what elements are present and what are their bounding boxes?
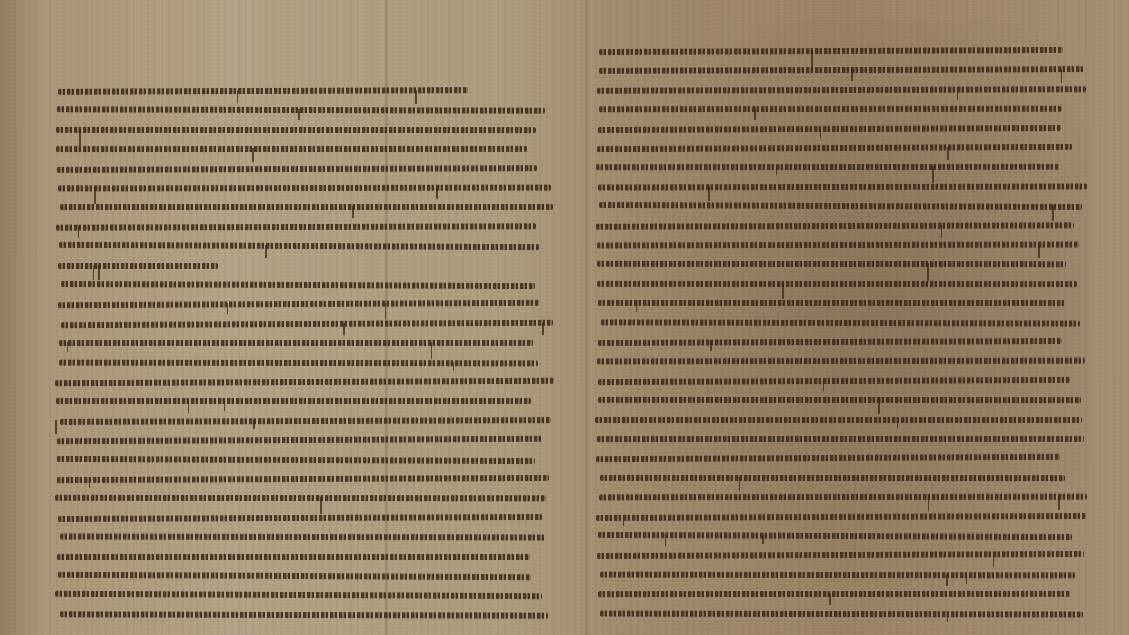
ink-descender [1052,205,1054,221]
ink-descender [253,420,255,429]
script-line [55,495,546,502]
ink-descender [947,613,949,622]
script-line [58,263,218,269]
script-line [59,359,538,366]
papyrus-sheet-join [585,0,588,635]
ink-descender [946,574,948,587]
ink-descender [823,380,825,391]
script-line [597,436,1084,442]
script-line [57,107,545,114]
ink-descender [78,226,80,238]
ink-descender [820,128,822,139]
ink-descender [932,166,934,183]
ink-descender [776,166,778,174]
ink-descender [352,206,354,218]
ink-descender [98,265,100,281]
script-line [600,610,1083,617]
ink-descender [93,265,95,280]
ink-descender [966,574,968,585]
script-line [58,300,539,308]
ink-descender [542,323,544,336]
ink-descender [754,108,756,120]
script-line [596,164,1059,170]
ink-descender [739,477,741,491]
ink-descender [453,362,455,372]
ink-descender [708,186,710,201]
ink-descender [431,342,433,359]
script-line [56,127,536,133]
script-line [58,572,531,580]
script-line [597,281,1077,287]
script-line [56,146,527,152]
script-line [55,378,554,387]
ink-descender [237,90,239,103]
ink-descender [252,148,254,162]
ink-descender [623,516,625,527]
script-line [58,87,468,95]
script-line [598,591,1070,597]
script-line [600,571,1075,578]
ink-descender [811,50,813,68]
ink-descender [224,400,226,410]
script-line [57,165,537,173]
script-line [56,398,531,404]
script-line [61,320,553,329]
script-line [56,223,536,230]
ink-descender [265,245,267,258]
script-line [57,456,535,464]
ink-descender [1038,244,1040,258]
ink-descender [298,109,300,119]
script-line [597,261,1066,267]
script-line [57,436,543,444]
script-line [597,242,1079,249]
script-line [60,534,545,541]
ink-descender [385,303,387,318]
ink-descender [320,497,322,514]
ink-descender [665,535,667,546]
ink-descender [636,302,638,311]
script-line [59,340,533,346]
script-line [58,185,551,192]
script-line [598,397,1081,403]
script-line [599,106,1062,113]
script-line [55,591,542,599]
ink-descender [829,593,831,605]
ink-descender [897,419,899,428]
ink-descender [436,187,438,199]
script-line [59,611,547,618]
ink-descender [89,478,91,488]
script-line [58,514,542,522]
script-line [598,300,1066,306]
script-line [601,319,1080,326]
ink-descender [415,90,417,104]
papyrus-photo [0,0,1129,635]
script-line [595,417,1082,423]
ink-descender [851,69,853,80]
ink-descender [94,187,96,204]
script-line [598,183,1087,190]
ink-descender [928,496,930,511]
script-line [599,494,1087,501]
ink-descender [1058,496,1060,510]
script-line [57,554,530,560]
ink-descender [878,399,880,414]
script-line [599,475,1064,481]
ink-descender [1061,69,1063,82]
ink-descender [343,323,345,335]
script-line [596,222,1074,229]
ink-descender [67,342,69,352]
ink-descender [55,420,57,434]
ink-descender [947,147,949,160]
ink-descender [762,535,764,544]
ink-descender [782,283,784,299]
ink-descender [927,263,929,281]
ink-descender [79,129,81,146]
ink-descender [227,303,229,313]
script-line [60,204,553,210]
ink-descender [993,554,995,567]
ink-descender [941,225,943,239]
script-line [61,281,535,289]
ink-descender [188,400,190,413]
ink-descender [710,341,712,351]
script-line [57,475,549,483]
ink-descender [957,89,959,100]
papyrus-edge-shadow [0,0,40,635]
script-line [59,242,539,250]
script-line [60,417,551,425]
